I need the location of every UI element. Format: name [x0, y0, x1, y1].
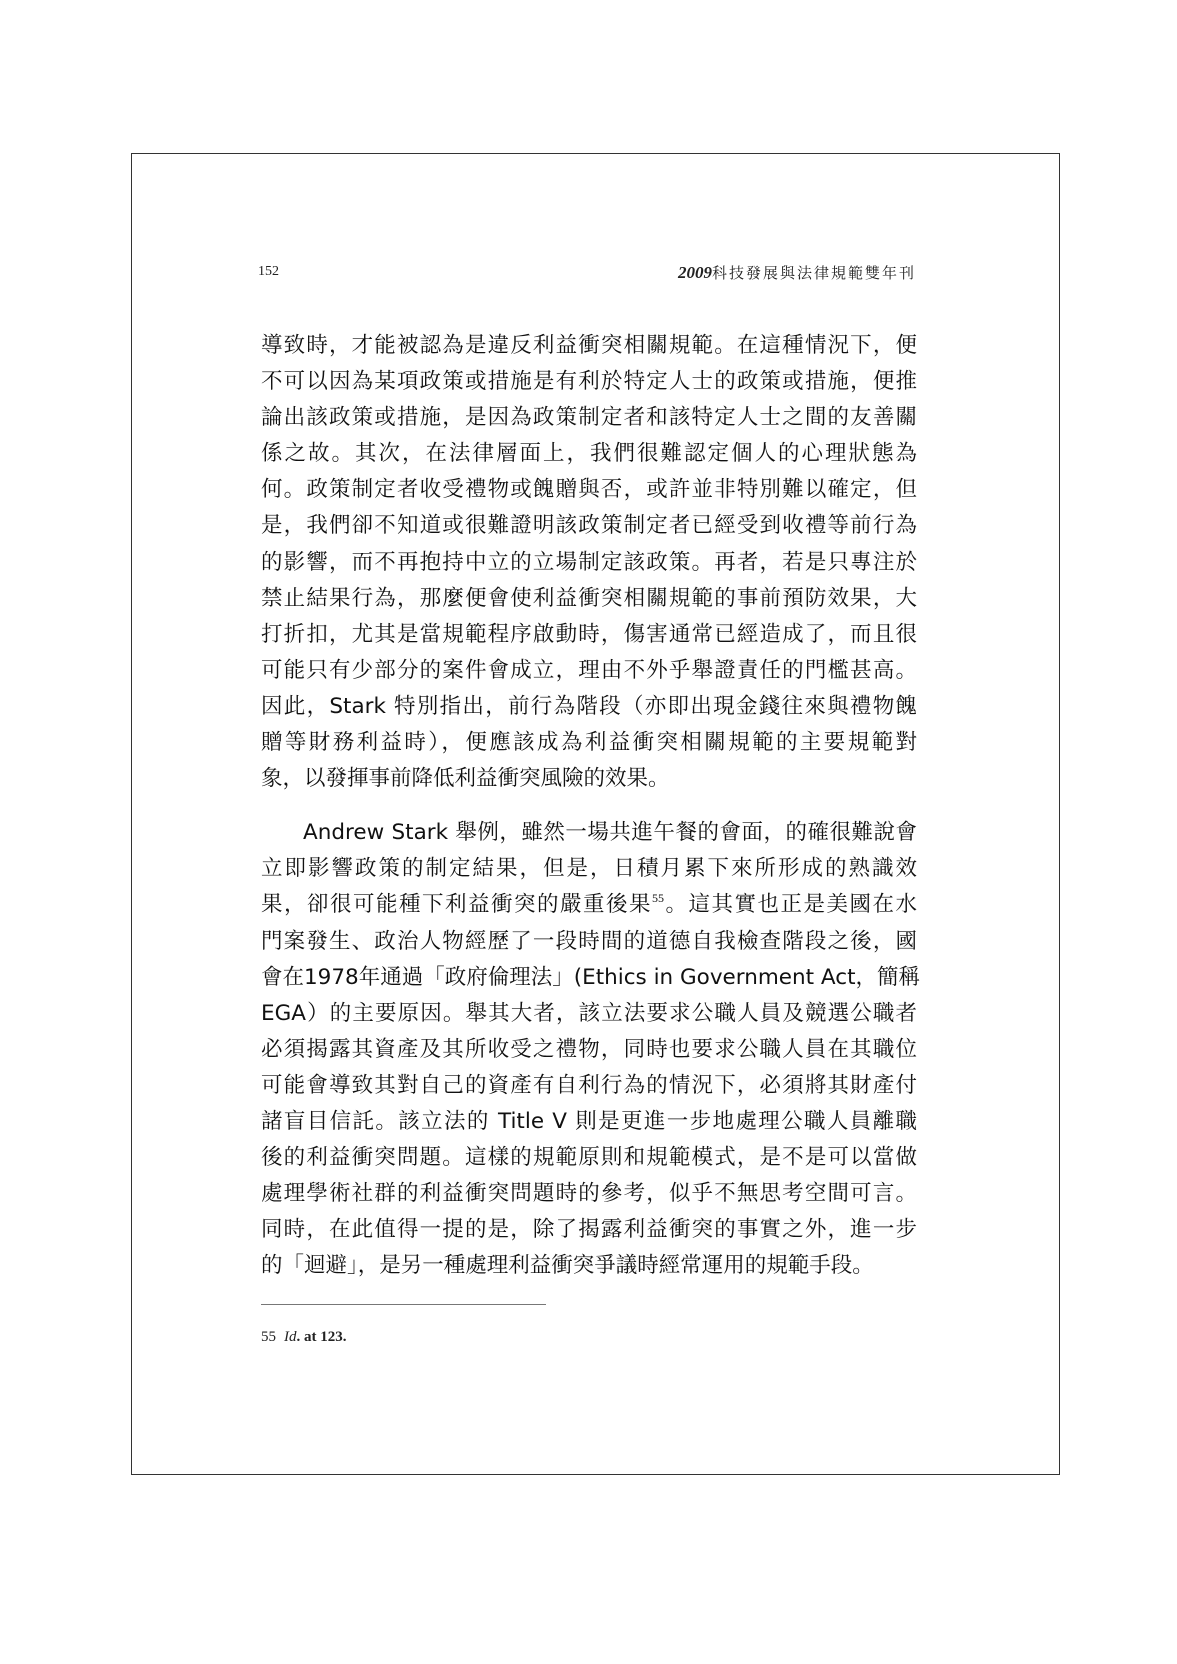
text-line: 立即影響政策的制定結果，但是，日積月累下來所形成的熟識效 [261, 851, 917, 887]
text-line-with-footnote: 果，卻很可能種下利益衝突的嚴重後果55。這其實也正是美國在水 [261, 887, 917, 923]
text-line: Andrew Stark 舉例，雖然一場共進午餐的會面，的確很難說會 [261, 815, 917, 851]
body-text: 導致時，才能被認為是違反利益衝突相關規範。在這種情況下，便 不可以因為某項政策或… [261, 328, 917, 1284]
text-line: 因此，Stark 特別指出，前行為階段（亦即出現金錢往來與禮物餽 [261, 689, 917, 725]
text-line: 可能只有少部分的案件會成立，理由不外乎舉證責任的門檻甚高。 [261, 653, 917, 689]
footnote-citation: . at 123. [297, 1329, 347, 1345]
text-line: 門案發生、政治人物經歷了一段時間的道德自我檢查階段之後，國 [261, 924, 917, 960]
text-segment: 。這其實也正是美國在水 [664, 892, 917, 917]
paragraph-1: 導致時，才能被認為是違反利益衝突相關規範。在這種情況下，便 不可以因為某項政策或… [261, 328, 917, 797]
text-line: 不可以因為某項政策或措施是有利於特定人士的政策或措施，便推 [261, 364, 917, 400]
footnote-separator [261, 1304, 546, 1305]
text-line: 打折扣，尤其是當規範程序啟動時，傷害通常已經造成了，而且很 [261, 617, 917, 653]
text-line: 禁止結果行為，那麼便會使利益衝突相關規範的事前預防效果，大 [261, 581, 917, 617]
text-line: EGA）的主要原因。舉其大者，該立法要求公職人員及競選公職者 [261, 996, 917, 1032]
text-line: 必須揭露其資產及其所收受之禮物，同時也要求公職人員在其職位 [261, 1032, 917, 1068]
paragraph-2: Andrew Stark 舉例，雖然一場共進午餐的會面，的確很難說會 立即影響政… [261, 815, 917, 1284]
journal-name: 科技發展與法律規範雙年刊 [712, 264, 916, 282]
footnote-id: Id [284, 1329, 297, 1345]
text-line: 是，我們卻不知道或很難證明該政策制定者已經受到收禮等前行為 [261, 508, 917, 544]
journal-year: 2009 [678, 263, 712, 282]
text-line: 會在1978年通過「政府倫理法」(Ethics in Government Ac… [261, 960, 917, 996]
text-line: 處理學術社群的利益衝突問題時的參考，似乎不無思考空間可言。 [261, 1176, 917, 1212]
text-line: 的影響，而不再抱持中立的立場制定該政策。再者，若是只專注於 [261, 545, 917, 581]
text-line: 後的利益衝突問題。這樣的規範原則和規範模式，是不是可以當做 [261, 1140, 917, 1176]
text-line: 諸盲目信託。該立法的 Title V 則是更進一步地處理公職人員離職 [261, 1104, 917, 1140]
text-line: 導致時，才能被認為是違反利益衝突相關規範。在這種情況下，便 [261, 328, 917, 364]
footnote-55: 55Id. at 123. [261, 1329, 347, 1346]
text-line: 何。政策制定者收受禮物或餽贈與否，或許並非特別難以確定，但 [261, 472, 917, 508]
page-number: 152 [258, 264, 279, 280]
text-line: 象，以發揮事前降低利益衝突風險的效果。 [261, 761, 917, 797]
footnote-reference[interactable]: 55 [652, 891, 664, 905]
text-line: 的「迴避」，是另一種處理利益衝突爭議時經常運用的規範手段。 [261, 1248, 917, 1284]
text-line: 可能會導致其對自己的資產有自利行為的情況下，必須將其財產付 [261, 1068, 917, 1104]
text-line: 同時，在此值得一提的是，除了揭露利益衝突的事實之外，進一步 [261, 1212, 917, 1248]
text-line: 贈等財務利益時），便應該成為利益衝突相關規範的主要規範對 [261, 725, 917, 761]
text-line: 係之故。其次，在法律層面上，我們很難認定個人的心理狀態為 [261, 436, 917, 472]
text-line: 論出該政策或措施，是因為政策制定者和該特定人士之間的友善關 [261, 400, 917, 436]
text-segment: 果，卻很可能種下利益衝突的嚴重後果 [261, 892, 652, 917]
journal-title: 2009科技發展與法律規範雙年刊 [678, 262, 916, 283]
running-head: 152 2009科技發展與法律規範雙年刊 [258, 262, 916, 284]
footnote-number: 55 [261, 1329, 276, 1345]
